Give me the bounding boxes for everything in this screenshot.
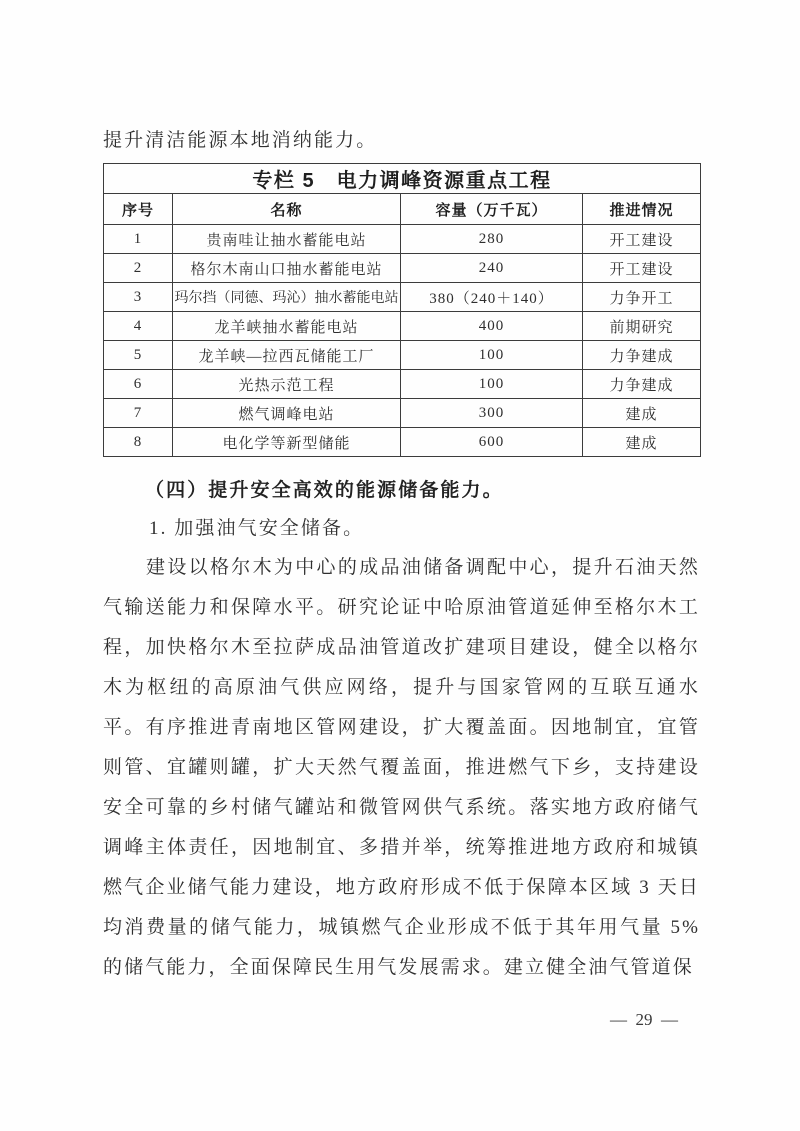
table-cell: 300 — [401, 399, 583, 428]
table-cell: 280 — [401, 225, 583, 254]
table-cell: 400 — [401, 312, 583, 341]
table-header-cell: 容量（万千瓦） — [401, 194, 583, 225]
page-content: 提升清洁能源本地消纳能力。 专栏 5 电力调峰资源重点工程序号名称容量（万千瓦）… — [103, 0, 700, 988]
continuation-text: 提升清洁能源本地消纳能力。 — [103, 121, 700, 161]
table-cell: 光热示范工程 — [173, 370, 401, 399]
table-cell: 建成 — [583, 428, 701, 457]
table-cell: 龙羊峡抽水蓄能电站 — [173, 312, 401, 341]
table-cell: 格尔木南山口抽水蓄能电站 — [173, 254, 401, 283]
table-cell: 力争建成 — [583, 370, 701, 399]
table-cell: 建成 — [583, 399, 701, 428]
table-row: 1贵南哇让抽水蓄能电站280开工建设 — [104, 225, 701, 254]
table-cell: 贵南哇让抽水蓄能电站 — [173, 225, 401, 254]
table-row: 6光热示范工程100力争建成 — [104, 370, 701, 399]
table-title: 专栏 5 电力调峰资源重点工程 — [104, 164, 701, 194]
table-cell: 600 — [401, 428, 583, 457]
table-cell: 3 — [104, 283, 173, 312]
table-cell: 力争建成 — [583, 341, 701, 370]
table-cell: 8 — [104, 428, 173, 457]
table-cell: 100 — [401, 370, 583, 399]
table-cell: 2 — [104, 254, 173, 283]
table-cell: 玛尔挡（同德、玛沁）抽水蓄能电站 — [173, 283, 401, 312]
table-cell: 龙羊峡—拉西瓦储能工厂 — [173, 341, 401, 370]
document-page: 提升清洁能源本地消纳能力。 专栏 5 电力调峰资源重点工程序号名称容量（万千瓦）… — [0, 0, 800, 1131]
table-header-cell: 序号 — [104, 194, 173, 225]
table-header-cell: 名称 — [173, 194, 401, 225]
page-number: — 29 — — [610, 1010, 678, 1030]
project-table: 专栏 5 电力调峰资源重点工程序号名称容量（万千瓦）推进情况1贵南哇让抽水蓄能电… — [103, 163, 701, 457]
table-cell: 240 — [401, 254, 583, 283]
table-cell: 6 — [104, 370, 173, 399]
table-row: 3玛尔挡（同德、玛沁）抽水蓄能电站380（240＋140）力争开工 — [104, 283, 701, 312]
table-cell: 开工建设 — [583, 225, 701, 254]
table-cell: 电化学等新型储能 — [173, 428, 401, 457]
table-cell: 开工建设 — [583, 254, 701, 283]
body-paragraph: 建设以格尔木为中心的成品油储备调配中心，提升石油天然气输送能力和保障水平。研究论… — [103, 548, 700, 988]
section-heading: （四）提升安全高效的能源储备能力。 — [103, 472, 700, 510]
table-cell: 4 — [104, 312, 173, 341]
table-cell: 100 — [401, 341, 583, 370]
table-cell: 力争开工 — [583, 283, 701, 312]
table-cell: 380（240＋140） — [401, 283, 583, 312]
table-cell: 前期研究 — [583, 312, 701, 341]
table-row: 4龙羊峡抽水蓄能电站400前期研究 — [104, 312, 701, 341]
table-cell: 5 — [104, 341, 173, 370]
project-table-body: 专栏 5 电力调峰资源重点工程序号名称容量（万千瓦）推进情况1贵南哇让抽水蓄能电… — [104, 164, 701, 457]
table-header-row: 序号名称容量（万千瓦）推进情况 — [104, 194, 701, 225]
table-title-row: 专栏 5 电力调峰资源重点工程 — [104, 164, 701, 194]
table-row: 7燃气调峰电站300建成 — [104, 399, 701, 428]
table-cell: 1 — [104, 225, 173, 254]
table-row: 5龙羊峡—拉西瓦储能工厂100力争建成 — [104, 341, 701, 370]
table-row: 8电化学等新型储能600建成 — [104, 428, 701, 457]
table-row: 2格尔木南山口抽水蓄能电站240开工建设 — [104, 254, 701, 283]
table-header-cell: 推进情况 — [583, 194, 701, 225]
section-subheading: 1. 加强油气安全储备。 — [103, 510, 700, 548]
table-cell: 7 — [104, 399, 173, 428]
table-cell: 燃气调峰电站 — [173, 399, 401, 428]
